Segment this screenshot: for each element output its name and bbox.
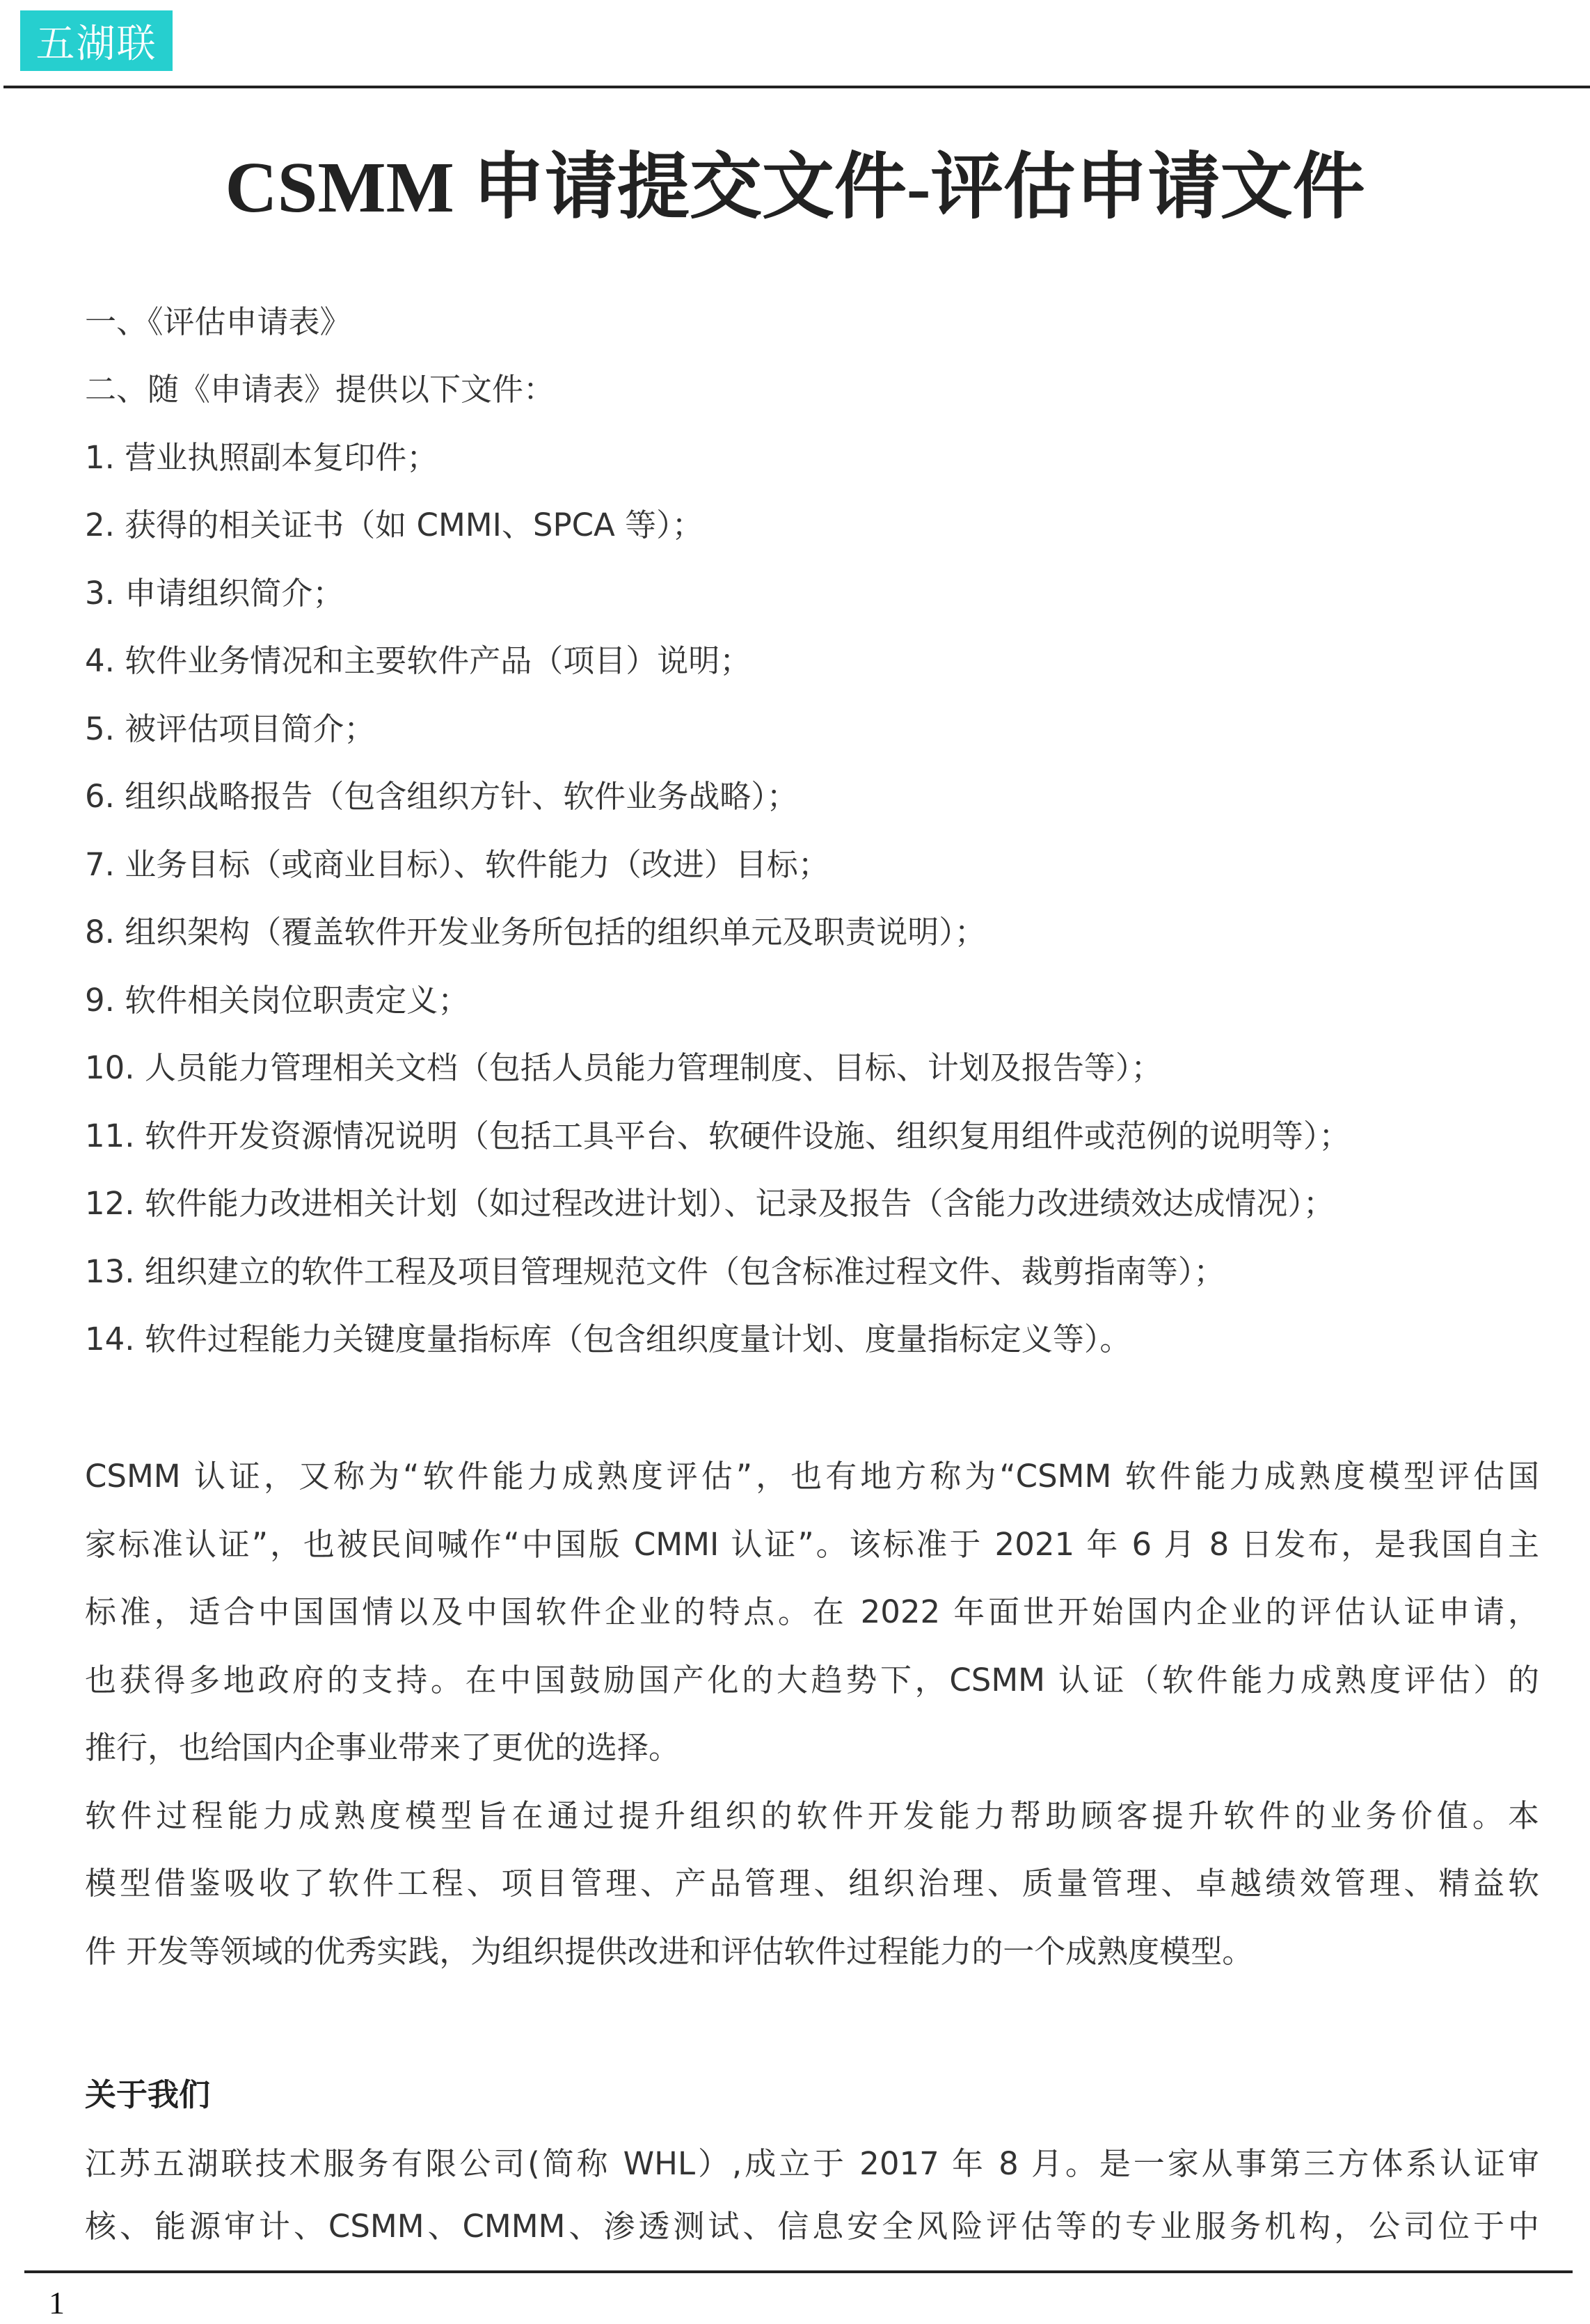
list-item: 1. 营业执照副本复印件；	[85, 437, 438, 479]
paragraph-line: 模型借鉴吸收了软件工程、项目管理、产品管理、组织治理、质量管理、卓越绩效管理、精…	[85, 1863, 1539, 1904]
list-item: 5. 被评估项目简介；	[85, 708, 375, 750]
paragraph-line: 件 开发等领域的优秀实践，为组织提供改进和评估软件过程能力的一个成熟度模型。	[85, 1931, 1539, 1973]
section-heading-1: 一、《评估申请表》	[85, 301, 351, 343]
footer-divider	[24, 2270, 1573, 2273]
list-item: 12. 软件能力改进相关计划（如过程改进计划）、记录及报告（含能力改进绩效达成情…	[85, 1183, 1335, 1225]
logo-text: 五湖联	[36, 13, 157, 69]
company-logo: 五湖联	[20, 10, 173, 71]
paragraph-line: CSMM 认证，又称为“软件能力成熟度评估”，也有地方称为“CSMM 软件能力成…	[85, 1456, 1539, 1497]
about-heading: 关于我们	[85, 2074, 210, 2116]
list-item: 14. 软件过程能力关键度量指标库（包含组织度量计划、度量指标定义等）。	[85, 1319, 1131, 1360]
list-item: 13. 组织建立的软件工程及项目管理规范文件（包含标准过程文件、裁剪指南等）；	[85, 1251, 1225, 1293]
page-title: CSMM 申请提交文件-评估申请文件	[0, 139, 1590, 237]
list-item: 2. 获得的相关证书（如 CMMI、SPCA 等）；	[85, 504, 703, 546]
section-heading-2: 二、随《申请表》提供以下文件：	[85, 369, 555, 411]
list-item: 10. 人员能力管理相关文档（包括人员能力管理制度、目标、计划及报告等）；	[85, 1047, 1162, 1089]
list-item: 3. 申请组织简介；	[85, 573, 344, 614]
paragraph-line: 家标准认证”，也被民间喊作“中国版 CMMI 认证”。该标准于 2021 年 6…	[85, 1524, 1539, 1566]
list-item: 7. 业务目标（或商业目标）、软件能力（改进）目标；	[85, 844, 829, 886]
list-item: 6. 组织战略报告（包含组织方针、软件业务战略）；	[85, 776, 798, 818]
list-item: 8. 组织架构（覆盖软件开发业务所包括的组织单元及职责说明）；	[85, 912, 986, 953]
list-item: 4. 软件业务情况和主要软件产品（项目）说明；	[85, 640, 751, 682]
list-item: 11. 软件开发资源情况说明（包括工具平台、软硬件设施、组织复用组件或范例的说明…	[85, 1115, 1350, 1157]
header-divider	[3, 86, 1590, 88]
paragraph-line: 推行，也给国内企事业带来了更优的选择。	[85, 1727, 1539, 1769]
paragraph-line: 标准，适合中国国情以及中国软件企业的特点。在 2022 年面世开始国内企业的评估…	[85, 1591, 1539, 1633]
page-number: 1	[49, 2284, 65, 2323]
paragraph-line: 核、能源审计、CSMM、CMMM、渗透测试、信息安全风险评估等的专业服务机构，公…	[85, 2206, 1539, 2247]
list-item: 9. 软件相关岗位职责定义；	[85, 980, 469, 1021]
paragraph-line: 江苏五湖联技术服务有限公司(简称 WHL）,成立于 2017 年 8 月。是一家…	[85, 2143, 1539, 2185]
paragraph-line: 也获得多地政府的支持。在中国鼓励国产化的大趋势下，CSMM 认证（软件能力成熟度…	[85, 1660, 1539, 1701]
paragraph-line: 软件过程能力成熟度模型旨在通过提升组织的软件开发能力帮助顾客提升软件的业务价值。…	[85, 1795, 1539, 1837]
